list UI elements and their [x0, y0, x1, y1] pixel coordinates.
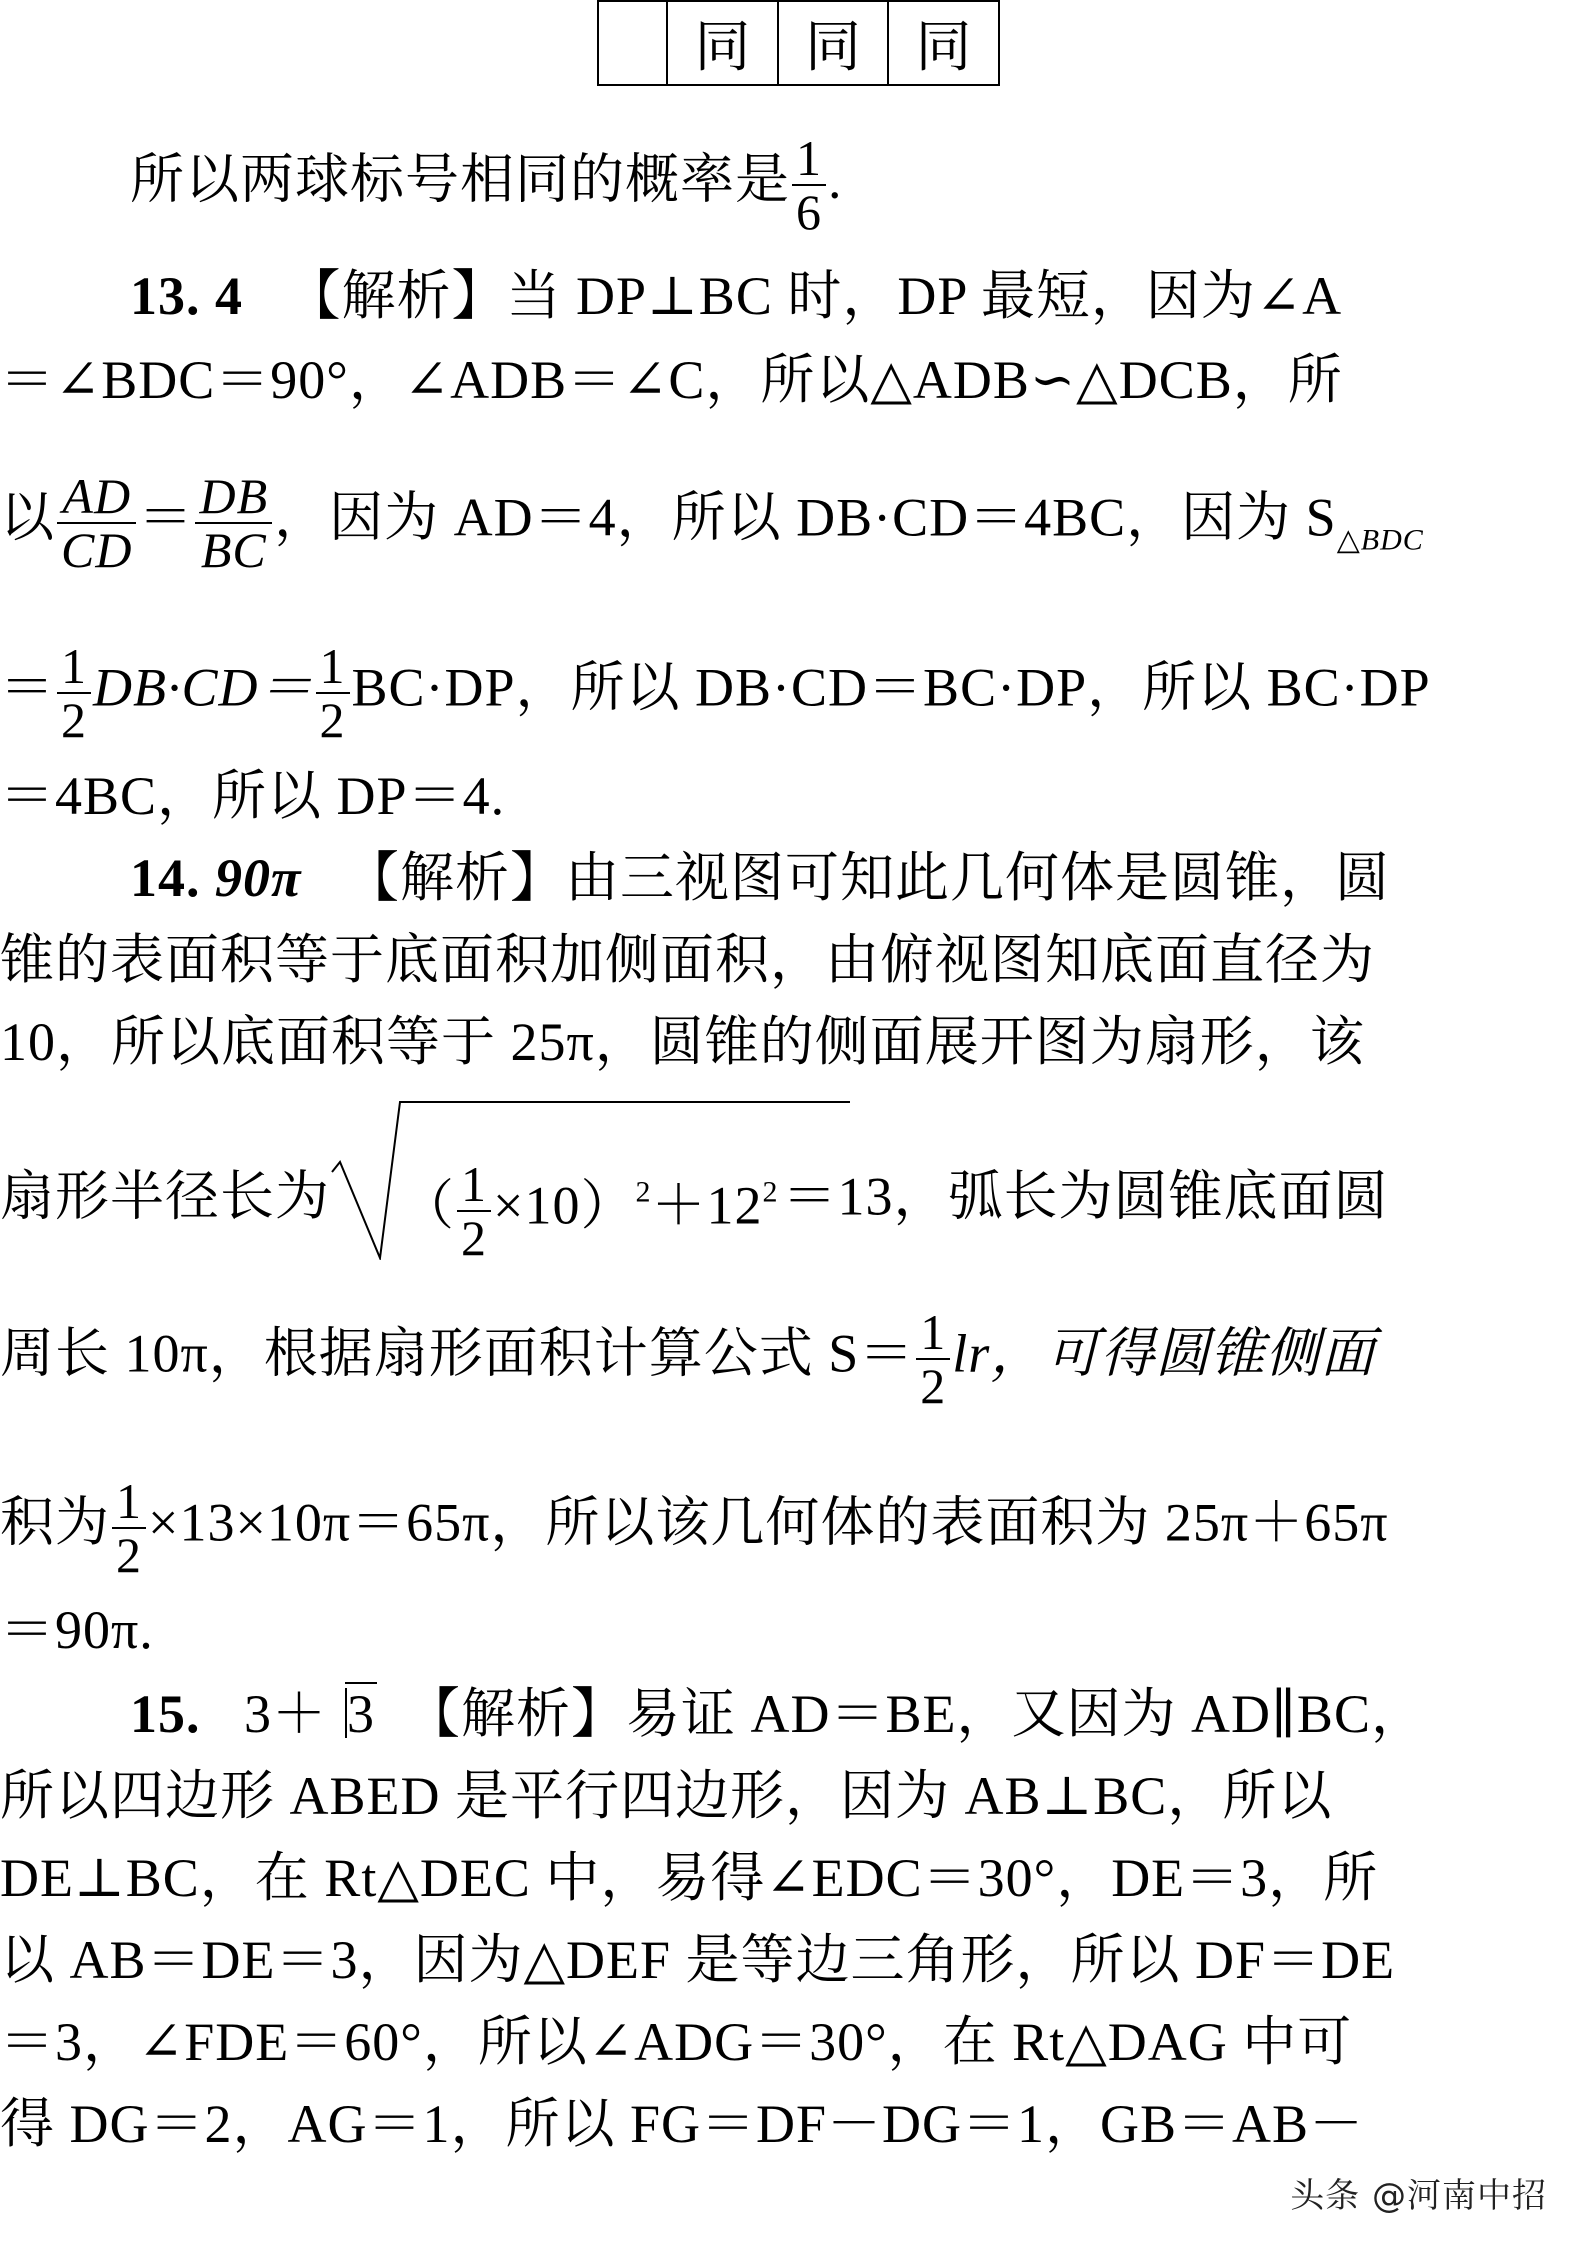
q13-text: DB·CD＝	[93, 657, 314, 717]
analysis-tag: 【解析】	[406, 1684, 626, 1744]
q14-text: 扇形半径长为	[0, 1166, 330, 1226]
fraction-numerator: 1	[916, 1306, 950, 1360]
question-answer: 3＋	[244, 1684, 327, 1744]
radical-sign-icon	[330, 1080, 860, 1260]
q13-text: ＝4BC，所以 DP＝4.	[0, 766, 505, 826]
fraction-denominator: BC	[195, 524, 272, 576]
fraction-numerator: DB	[195, 470, 272, 524]
fraction-denominator: 2	[57, 694, 91, 746]
q15-text: 易证 AD＝BE，又因为 AD∥BC，	[626, 1684, 1426, 1744]
fraction-numerator: 1	[57, 640, 91, 694]
analysis-tag: 【解析】	[287, 266, 507, 326]
q14-text: 由三视图可知此几何体是圆锥，圆	[565, 848, 1390, 908]
fraction: 12	[57, 640, 91, 746]
q14-text: 周长 10π，根据扇形面积计算公式 S＝	[0, 1323, 914, 1383]
q14-line-3: 10，所以底面积等于 25π，圆锥的侧面展开图为扇形，该	[0, 1012, 1365, 1072]
question-number: 13.	[130, 266, 201, 326]
radicand: 3	[345, 1682, 377, 1744]
q15-line-4: 以 AB＝DE＝3，因为△DEF 是等边三角形，所以 DF＝DE	[0, 1930, 1395, 1990]
q14-text: lr，可得圆锥侧面	[952, 1323, 1375, 1383]
fraction: 12	[112, 1475, 146, 1581]
q13-text: ＝∠BDC＝90°，∠ADB＝∠C，所以△ADB∽△DCB，所	[0, 350, 1343, 410]
intro-text: 所以两球标号相同的概率是	[130, 149, 790, 209]
fraction: DBBC	[195, 470, 272, 576]
q14-text: ＝13，弧长为圆锥底面圆	[782, 1166, 1388, 1226]
square-root: 3	[327, 1684, 377, 1744]
q13-line-4: ＝12DB·CD＝12BC·DP，所以 DB·CD＝BC·DP，所以 BC·DP	[0, 640, 1431, 746]
fraction-numerator: 1	[792, 132, 826, 186]
q15-text: DE⊥BC，在 Rt△DEC 中，易得∠EDC＝30°，DE＝3，所	[0, 1848, 1378, 1908]
q15-line-2: 所以四边形 ABED 是平行四边形，因为 AB⊥BC，所以	[0, 1766, 1332, 1826]
fraction-denominator: 2	[916, 1360, 950, 1412]
fraction-denominator: 2	[316, 694, 350, 746]
table-cell: 同	[667, 1, 778, 85]
q13-line-3: 以ADCD＝DBBC，因为 AD＝4，所以 DB·CD＝4BC，因为 S△BDC	[0, 470, 1424, 576]
q14-line-6: 积为12×13×10π＝65π，所以该几何体的表面积为 25π＋65π	[0, 1475, 1388, 1581]
q13-text: ＝	[0, 657, 55, 717]
fraction-denominator: CD	[57, 524, 136, 576]
q15-text: 所以四边形 ABED 是平行四边形，因为 AB⊥BC，所以	[0, 1766, 1332, 1826]
q14-line-4: 扇形半径长为（12×10）2＋122＝13，弧长为圆锥底面圆	[0, 1140, 1388, 1264]
question-answer: 4	[215, 266, 243, 326]
table-cell	[598, 1, 667, 85]
q13-line-2: ＝∠BDC＝90°，∠ADB＝∠C，所以△ADB∽△DCB，所	[0, 350, 1343, 410]
q14-text: ＝90π.	[0, 1600, 154, 1660]
q15-text: 以 AB＝DE＝3，因为△DEF 是等边三角形，所以 DF＝DE	[0, 1930, 1395, 1990]
table-cell: 同	[778, 1, 888, 85]
q14-text: ×13×10π＝65π，所以该几何体的表面积为 25π＋65π	[148, 1492, 1388, 1552]
fraction: ADCD	[57, 470, 136, 576]
square-root: （12×10）2＋122	[330, 1140, 778, 1264]
fraction-denominator: 6	[792, 186, 826, 238]
fraction-denominator: 2	[112, 1529, 146, 1581]
q13-text: 当 DP⊥BC 时，DP 最短，因为∠A	[507, 266, 1343, 326]
q14-text: 锥的表面积等于底面积加侧面积，由俯视图知底面直径为	[0, 930, 1375, 990]
q14-line-2: 锥的表面积等于底面积加侧面积，由俯视图知底面直径为	[0, 930, 1375, 990]
intro-conclusion: 所以两球标号相同的概率是16.	[130, 132, 843, 238]
period: .	[828, 149, 843, 209]
q15-text: 得 DG＝2，AG＝1，所以 FG＝DF－DG＝1，GB＝AB－	[0, 2094, 1364, 2154]
question-number: 15.	[130, 1684, 201, 1744]
q15-text: ＝3，∠FDE＝60°，所以∠ADG＝30°，在 Rt△DAG 中可	[0, 2012, 1352, 2072]
probability-table-fragment: 同 同 同	[597, 0, 1000, 86]
analysis-tag: 【解析】	[345, 848, 565, 908]
q15-line-6: 得 DG＝2，AG＝1，所以 FG＝DF－DG＝1，GB＝AB－	[0, 2094, 1364, 2154]
subscript: △BDC	[1337, 523, 1424, 556]
question-number: 14.	[130, 848, 201, 908]
q13-text: BC·DP，所以 DB·CD＝BC·DP，所以 BC·DP	[352, 657, 1431, 717]
q14-text: 积为	[0, 1492, 110, 1552]
q15-line-3: DE⊥BC，在 Rt△DEC 中，易得∠EDC＝30°，DE＝3，所	[0, 1848, 1378, 1908]
q14-line-1: 14. 90π 【解析】由三视图可知此几何体是圆锥，圆	[130, 848, 1390, 908]
q13-line-5: ＝4BC，所以 DP＝4.	[0, 766, 505, 826]
watermark: 头条 @河南中招	[1290, 2168, 1547, 2217]
table-cell: 同	[888, 1, 999, 85]
fraction-numerator: 1	[316, 640, 350, 694]
fraction: 12	[316, 640, 350, 746]
q13-text: 以	[0, 487, 55, 547]
q13-text: ，因为 AD＝4，所以 DB·CD＝4BC，因为 S	[274, 487, 1337, 547]
fraction-numerator: AD	[57, 470, 136, 524]
equals: ＝	[138, 487, 193, 547]
q13-line-1: 13. 4 【解析】当 DP⊥BC 时，DP 最短，因为∠A	[130, 266, 1342, 326]
fraction-numerator: 1	[112, 1475, 146, 1529]
q14-text: 10，所以底面积等于 25π，圆锥的侧面展开图为扇形，该	[0, 1012, 1365, 1072]
fraction: 12	[916, 1306, 950, 1412]
q15-line-1: 15. 3＋3 【解析】易证 AD＝BE，又因为 AD∥BC，	[130, 1684, 1426, 1744]
q14-line-7: ＝90π.	[0, 1600, 154, 1660]
fraction: 16	[792, 132, 826, 238]
question-answer: 90π	[215, 848, 301, 908]
q15-line-5: ＝3，∠FDE＝60°，所以∠ADG＝30°，在 Rt△DAG 中可	[0, 2012, 1352, 2072]
q14-line-5: 周长 10π，根据扇形面积计算公式 S＝12lr，可得圆锥侧面	[0, 1306, 1375, 1412]
